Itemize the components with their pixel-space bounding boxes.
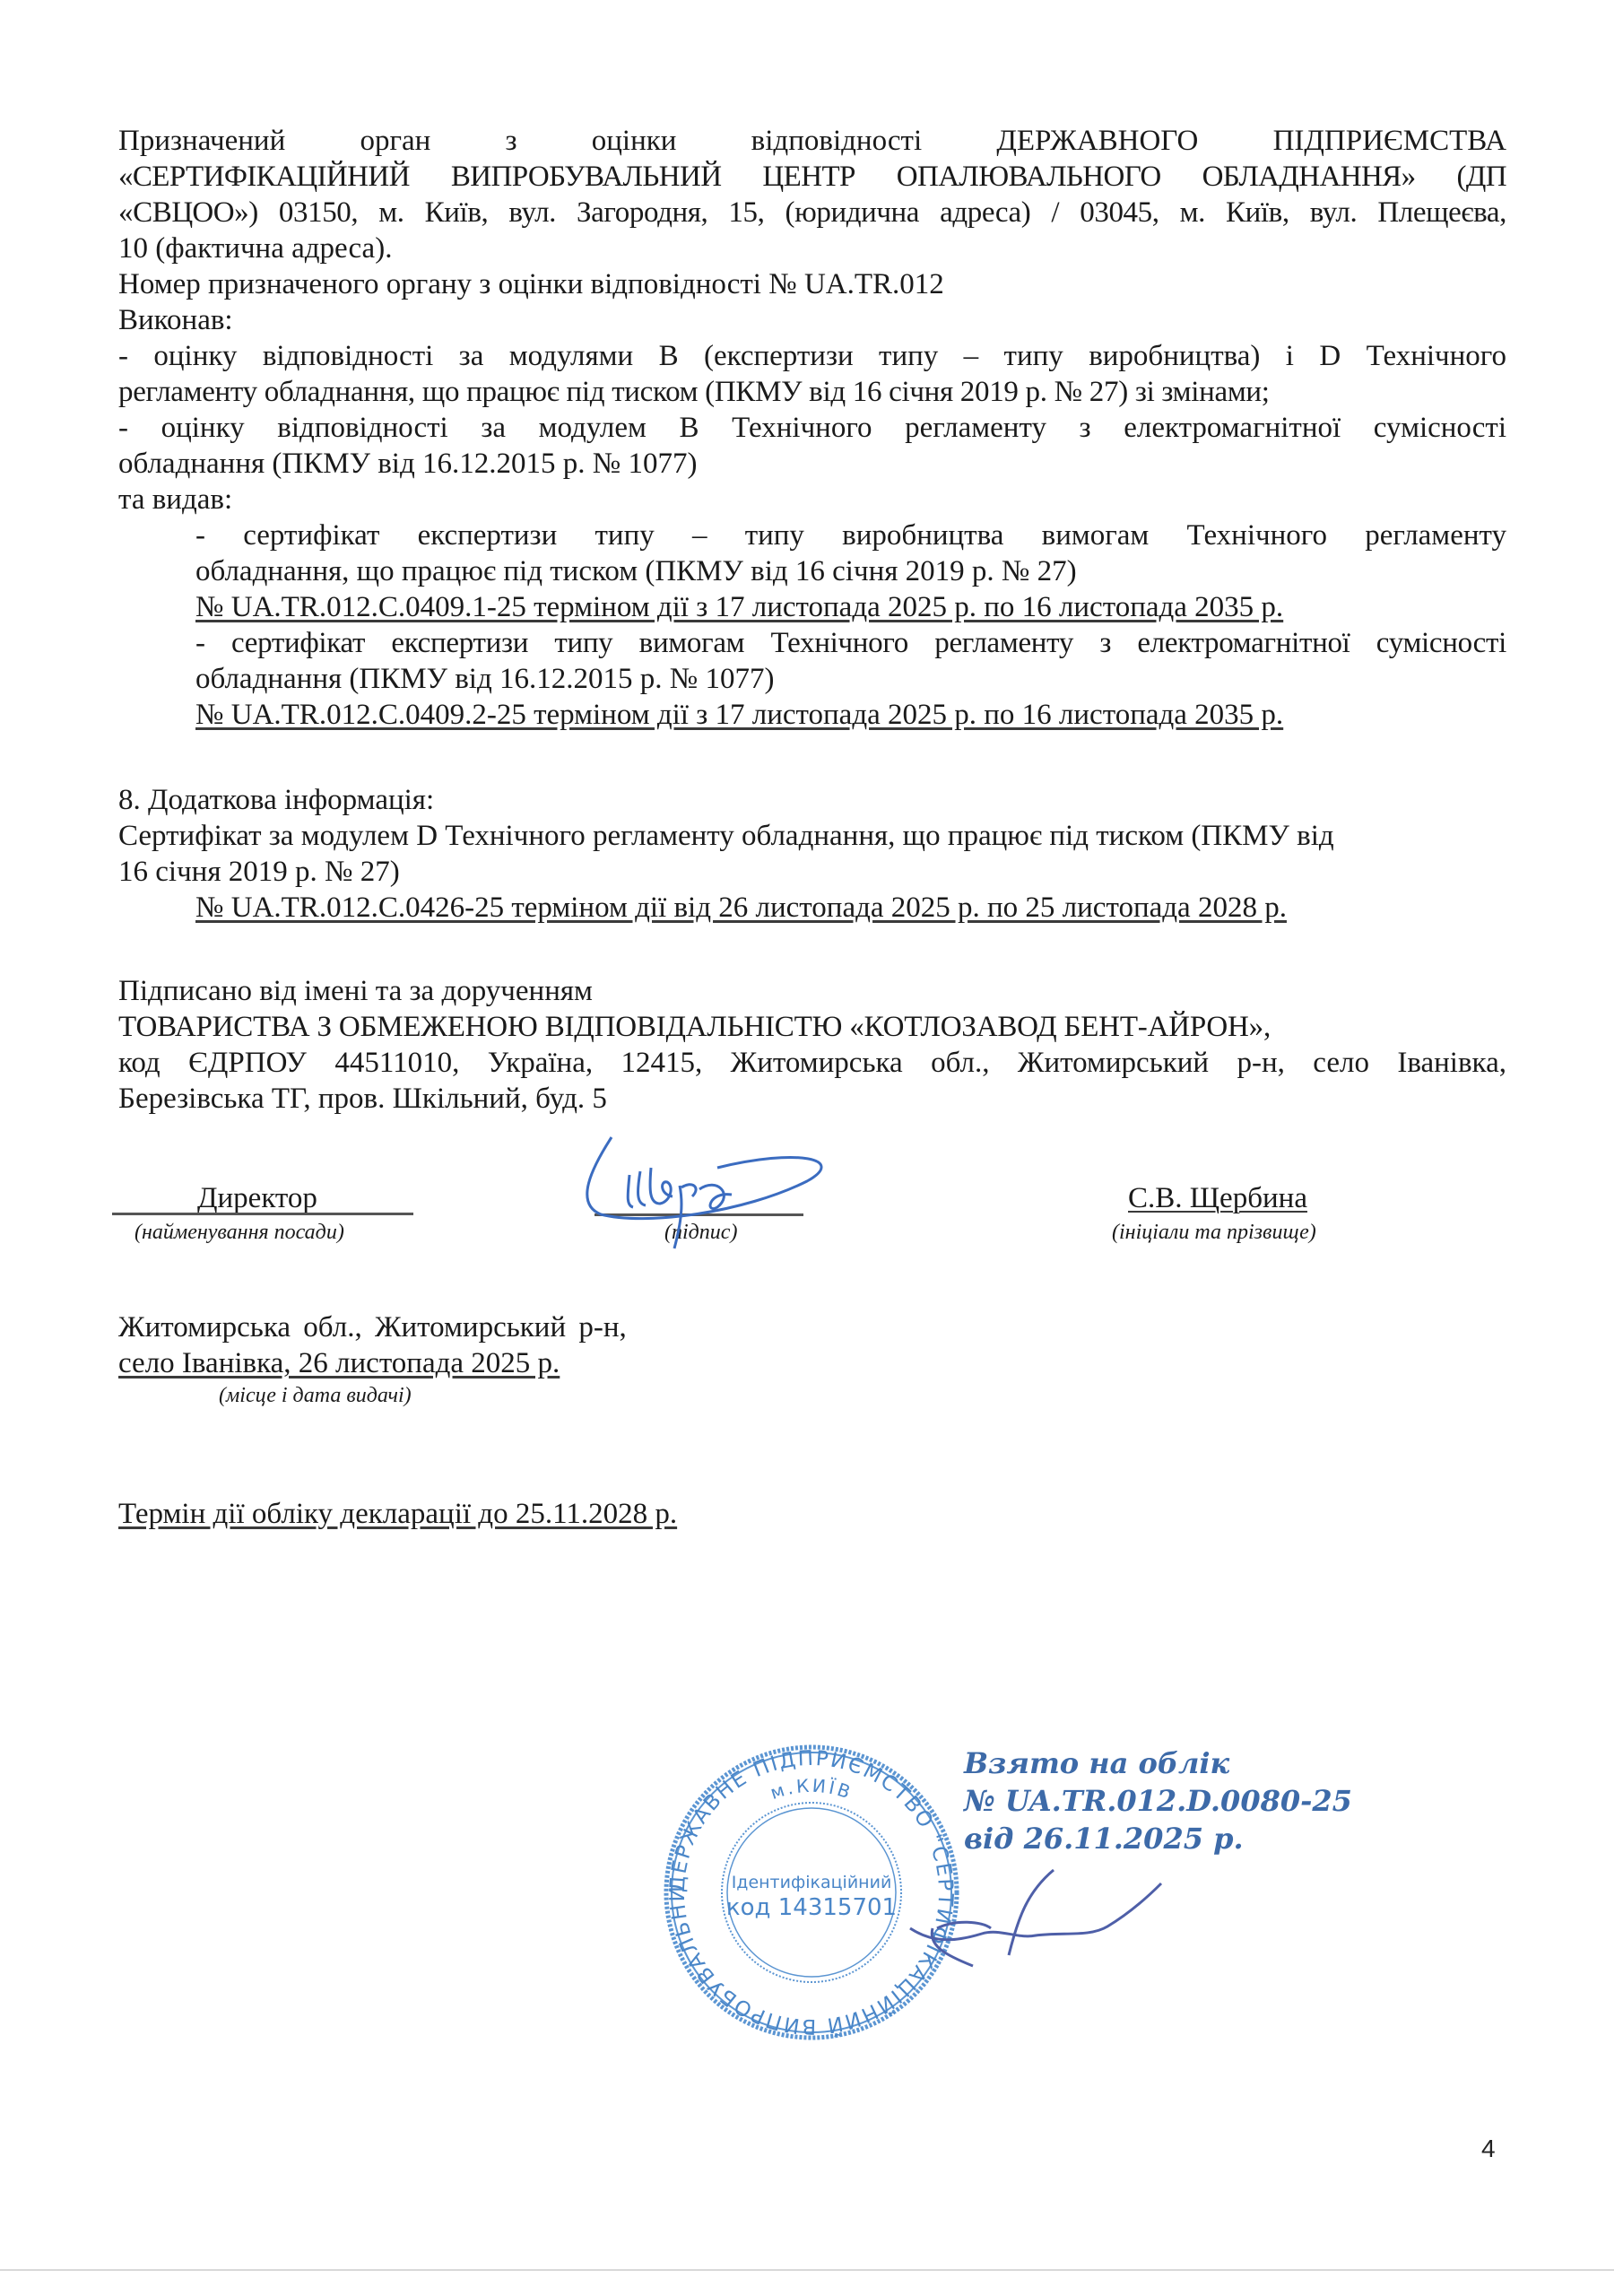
name-caption: (ініціали та прізвище) (1112, 1220, 1316, 1245)
registration-line-3: від 26.11.2025 р. (964, 1820, 1352, 1857)
place-date-caption: (місце і дата видачі) (219, 1383, 412, 1408)
additional-info-line-2: 16 січня 2019 р. № 27) (118, 854, 400, 890)
signatory-position: Директор (197, 1180, 317, 1216)
registration-line-2: № UA.TR.012.D.0080-25 (964, 1782, 1352, 1820)
performed-item-1-line-2: регламенту обладнання, що працює під тис… (118, 374, 1270, 410)
svg-text:код 14315701: код 14315701 (726, 1894, 897, 1921)
certificate-1-number: № UA.TR.012.C.0409.1-25 терміном дії з 1… (195, 589, 1283, 625)
additional-info-line-1: Сертифікат за модулем D Технічного регла… (118, 818, 1334, 854)
signed-by-address-line-1: код ЄДРПОУ 44511010, Україна, 12415, Жит… (118, 1045, 1506, 1081)
certificate-1-line-2: обладнання, що працює під тиском (ПКМУ в… (195, 553, 1077, 589)
registration-note: Взято на облік № UA.TR.012.D.0080-25 від… (964, 1744, 1352, 1857)
signatory-name: С.В. Щербина (1128, 1180, 1307, 1216)
declaration-validity: Термін дії обліку декларації до 25.11.20… (118, 1496, 677, 1532)
svg-text:м.КИЇВ: м.КИЇВ (768, 1775, 855, 1804)
svg-text:Ідентифікаційний: Ідентифікаційний (732, 1873, 892, 1892)
notified-body-line-4: 10 (фактична адреса). (118, 230, 392, 266)
certificate-2-number: № UA.TR.012.C.0409.2-25 терміном дії з 1… (195, 697, 1283, 733)
additional-certificate-number: № UA.TR.012.C.0426-25 терміном дії від 2… (195, 890, 1287, 926)
position-underline (112, 1213, 413, 1215)
signed-by-company: ТОВАРИСТВА З ОБМЕЖЕНОЮ ВІДПОВІДАЛЬНІСТЮ … (118, 1009, 1271, 1045)
place-line-2: село Іванівка, 26 листопада 2025 р. (118, 1345, 560, 1381)
signed-by-address-line-2: Березівська ТГ, пров. Шкільний, буд. 5 (118, 1081, 607, 1117)
page-number: 4 (1481, 2135, 1496, 2163)
issued-label: та видав: (118, 482, 232, 517)
document-page: Призначений орган з оцінки відповідності… (0, 0, 1623, 2296)
notified-body-line-1: Призначений орган з оцінки відповідності… (118, 123, 1506, 159)
certificate-2-line-2: обладнання (ПКМУ від 16.12.2015 р. № 107… (195, 661, 774, 697)
place-line-1: Житомирська обл., Житомирський р-н, (118, 1309, 627, 1345)
position-caption: (найменування посади) (135, 1220, 344, 1245)
performed-item-2-line-1: - оцінку відповідності за модулем B Техн… (118, 410, 1506, 446)
registrar-signature-icon (883, 1865, 1179, 1973)
certificate-2-line-1: - сертифікат експертизи типу вимогам Тех… (195, 625, 1506, 661)
registration-line-1: Взято на облік (964, 1744, 1352, 1782)
additional-info-heading: 8. Додаткова інформація: (118, 782, 434, 818)
signed-by-intro: Підписано від імені та за дорученням (118, 973, 593, 1009)
performed-item-2-line-2: обладнання (ПКМУ від 16.12.2015 р. № 107… (118, 446, 697, 482)
performed-label: Виконав: (118, 302, 233, 338)
performed-item-1-line-1: - оцінку відповідності за модулями B (ек… (118, 338, 1506, 374)
director-signature-icon (574, 1132, 861, 1257)
certificate-1-line-1: - сертифікат експертизи типу – типу виро… (195, 517, 1506, 553)
notified-body-line-3: «СВЦОО») 03150, м. Київ, вул. Загородня,… (118, 195, 1506, 230)
notified-body-number: Номер призначеного органу з оцінки відпо… (118, 266, 944, 302)
page-bottom-edge (0, 2269, 1614, 2271)
notified-body-line-2: «СЕРТИФІКАЦІЙНИЙ ВИПРОБУВАЛЬНИЙ ЦЕНТР ОП… (118, 159, 1506, 195)
